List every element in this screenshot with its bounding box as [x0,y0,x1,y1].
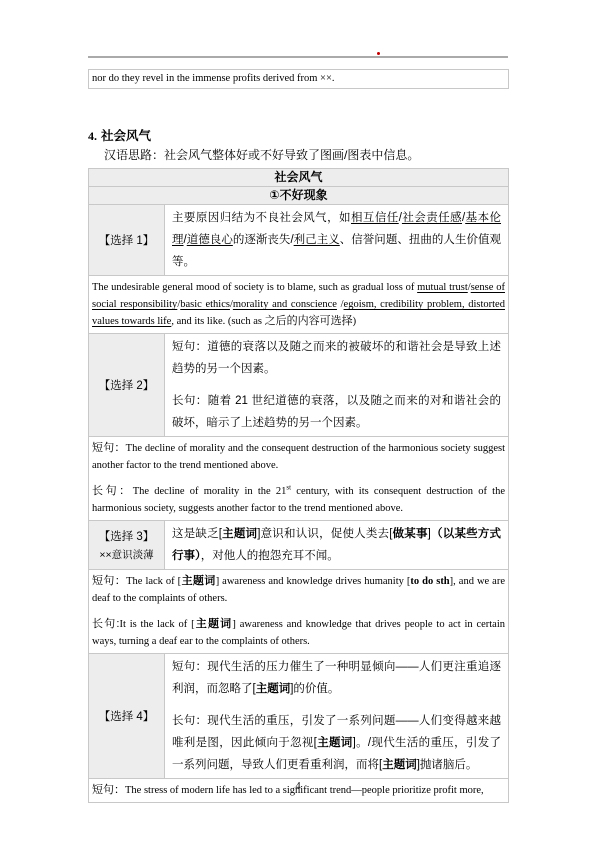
choice-label-cell: 【选择 3】××意识淡薄 [89,521,165,569]
continued-table-note: nor do they revel in the immense profits… [88,69,509,89]
text-run: 主题词 [317,737,353,749]
choice-label: 【选择 1】 [99,232,155,248]
text-run: The undesirable general mood of society … [92,282,417,293]
text-run: ]意识和认识，促使人类去[ [257,528,392,540]
text-run: 社会责任感 [402,212,462,224]
text-run: mutual trust [417,282,468,293]
text-run: 长句：随着 21 世纪道德的衰落，以及随之而来的对和谐社会的破坏，暗示了上述趋势… [172,395,501,429]
choice-label-cell: 【选择 1】 [89,205,165,275]
choice-content-cell: 这是缺乏[主题词]意识和认识，促使人类去[做某事]（以某些方式行事），对他人的抱… [165,521,508,569]
text-run: to do sth [410,576,449,587]
choice-content-cell: 主要原因归结为不良社会风气，如相互信任/社会责任感/基本伦理/道德良心的逐渐丧失… [165,205,508,275]
text-run: 主题词 [181,575,216,587]
text-run: ] awareness and knowledge drives humanit… [216,576,411,587]
choice-label: 【选择 2】 [99,377,155,393]
continued-note-text: nor do they revel in the immense profits… [92,73,335,84]
text-run: ]的价值。 [290,683,339,695]
text-run: 长句: [92,618,119,630]
choice-label: 【选择 3】 [99,528,155,544]
text-run: 短句：道德的衰落以及随之而来的被破坏的和谐社会是导致上述趋势的另一个因素。 [172,341,501,375]
table-choice-row: 【选择 3】××意识淡薄这是缺乏[主题词]意识和认识，促使人类去[做某事]（以某… [89,521,508,570]
text-run: 主题词 [382,759,417,771]
text-run: 利己主义 [294,234,340,246]
chinese-idea-line: 汉语思路：社会风气整体好或不好导致了图画/图表中信息。 [104,146,419,163]
text-run: The lack of [ [126,576,181,587]
text-run: 之后的内容可选择 [265,315,353,327]
text-run: The decline of morality and the conseque… [92,443,505,471]
english-sentence: 长句:It is the lack of [主题词] awareness and… [92,616,505,650]
english-sentence: 短句：The lack of [主题词] awareness and knowl… [92,573,505,607]
choice-content-cell: 短句：现代生活的压力催生了一种明显倾向——人们更注重追逐利润，而忽略了[主题词]… [165,654,508,778]
section-title: 社会风气 [101,129,151,143]
chinese-sentence: 短句：现代生活的压力催生了一种明显倾向——人们更注重追逐利润，而忽略了[主题词]… [172,656,501,700]
english-sentence: The undesirable general mood of society … [92,279,505,330]
text-run: , and its like. (such as [171,316,264,327]
chinese-sentence: 短句：道德的衰落以及随之而来的被破坏的和谐社会是导致上述趋势的另一个因素。 [172,336,501,380]
text-run: The decline of morality in the 21 [133,486,287,497]
table-choice-row: 【选择 4】短句：现代生活的压力催生了一种明显倾向——人们更注重追逐利润，而忽略… [89,654,508,779]
english-sentence: 长句：The decline of morality in the 21st c… [92,483,505,517]
text-run: ]抛诸脑后。 [417,759,478,771]
text-run: 这是缺乏[ [172,528,222,540]
text-run: 主题词 [222,528,257,540]
table-choice-row: 【选择 2】短句：道德的衰落以及随之而来的被破坏的和谐社会是导致上述趋势的另一个… [89,334,508,437]
chinese-sentence: 长句：现代生活的重压，引发了一系列问题——人们变得越来越唯利是图，因此倾向于忽视… [172,710,501,776]
text-run: 相互信任 [351,212,399,224]
table-choice-row: 【选择 1】主要原因归结为不良社会风气，如相互信任/社会责任感/基本伦理/道德良… [89,205,508,276]
text-run: 主要原因归结为不良社会风气，如 [172,212,351,224]
text-run: 的逐渐丧失/ [233,234,294,246]
choice-label: 【选择 4】 [99,708,155,724]
table-subtitle-row: ①不好现象 [89,187,508,205]
chinese-sentence: 长句：随着 21 世纪道德的衰落，以及随之而来的对和谐社会的破坏，暗示了上述趋势… [172,390,501,434]
choice-label-sub: ××意识淡薄 [99,547,153,562]
text-run: / [337,299,344,310]
chinese-sentence: 这是缺乏[主题词]意识和认识，促使人类去[做某事]（以某些方式行事），对他人的抱… [172,523,501,567]
page-number: 4 [0,781,596,792]
table-title-row: 社会风气 [89,169,508,187]
choice-label-cell: 【选择 4】 [89,654,165,778]
text-run: basic ethics [180,299,230,310]
text-run: ) [353,316,357,327]
text-run: 短句： [92,575,126,587]
table-translation-row: 短句：The decline of morality and the conse… [89,437,508,521]
section-number: 4. [88,129,97,143]
text-run: It is the lack of [ [119,619,194,630]
text-run: 短句： [92,442,126,454]
english-sentence: 短句：The decline of morality and the conse… [92,440,505,474]
section-heading: 4.社会风气 [88,126,151,144]
text-run: 做某事 [392,528,427,540]
text-run: 主题词 [256,683,291,695]
text-run: ，对他人的抱怨充耳不闻。 [201,550,339,562]
choice-content-cell: 短句：道德的衰落以及随之而来的被破坏的和谐社会是导致上述趋势的另一个因素。长句：… [165,334,508,436]
table-subtitle: ①不好现象 [269,188,327,202]
table-translation-row: 短句：The lack of [主题词] awareness and knowl… [89,570,508,654]
text-run: morality and conscience [233,299,337,310]
template-table: 社会风气①不好现象【选择 1】主要原因归结为不良社会风气，如相互信任/社会责任感… [88,168,509,803]
text-run: 长句： [92,485,133,497]
table-translation-row: The undesirable general mood of society … [89,276,508,334]
choice-label-cell: 【选择 2】 [89,334,165,436]
text-run: 道德良心 [187,234,233,246]
text-run: 主题词 [195,618,233,630]
table-title: 社会风气 [274,170,322,184]
page-header-rule [88,56,508,58]
chinese-sentence: 主要原因归结为不良社会风气，如相互信任/社会责任感/基本伦理/道德良心的逐渐丧失… [172,207,501,273]
document-page: { "colors":{"cell_bg":"#ededed","border"… [0,0,596,842]
annotation-dot [377,52,380,55]
